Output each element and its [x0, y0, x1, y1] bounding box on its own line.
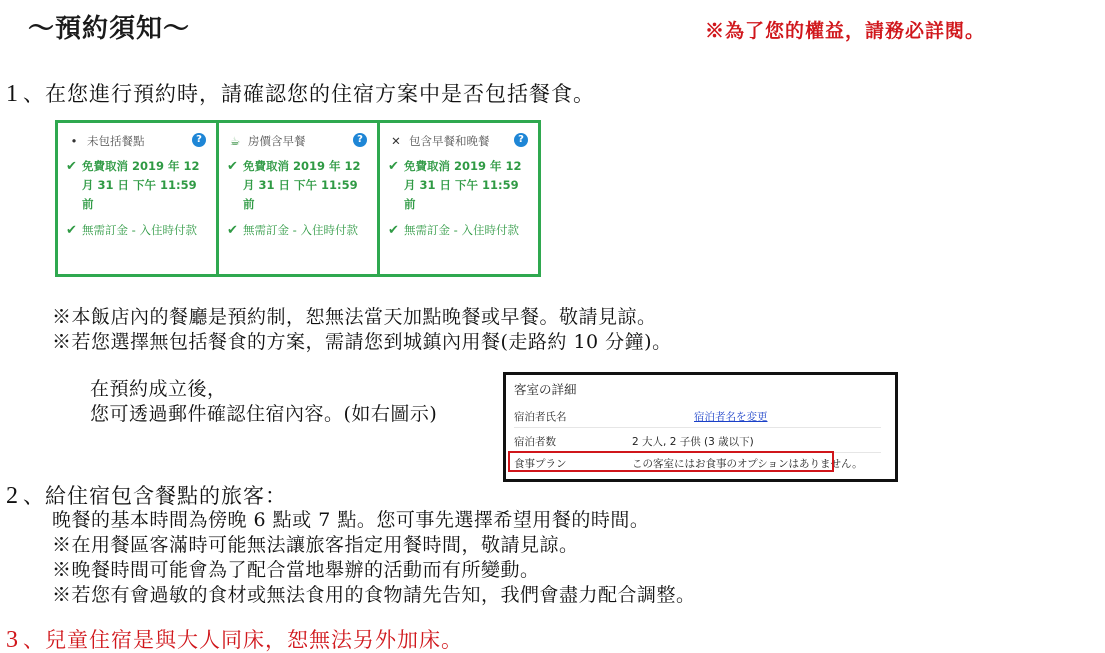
help-icon[interactable]: ? — [192, 133, 206, 147]
no-deposit: ✔ 無需訂金 - 入住時付款 — [388, 221, 530, 240]
detail-line: ※在用餐區客滿時可能無法讓旅客指定用餐時間，敬請見諒。 — [52, 533, 696, 558]
dot-icon: • — [66, 134, 82, 148]
plan-label: 包含早餐和晚餐 — [409, 133, 490, 149]
section-3-heading: 3、兒童住宿是與大人同床，恕無法另外加床。 — [6, 624, 463, 653]
no-deposit: ✔ 無需訂金 - 入住時付款 — [227, 221, 369, 240]
free-cancellation: ✔ 免費取消 2019 年 12 月 31 日 下午 11:59 前 — [227, 157, 369, 214]
check-icon: ✔ — [388, 221, 404, 240]
note-line: 在預約成立後， — [90, 377, 437, 402]
free-cancellation: ✔ 免費取消 2019 年 12 月 31 日 下午 11:59 前 — [66, 157, 208, 214]
detail-line: ※若您有會過敏的食材或無法食用的食物請先告知，我們會盡力配合調整。 — [52, 583, 696, 608]
section-heading-text: 、在您進行預約時，請確認您的住宿方案中是否包括餐食。 — [23, 82, 595, 106]
help-icon[interactable]: ? — [514, 133, 528, 147]
check-icon: ✔ — [66, 221, 82, 240]
guest-name-row: 宿泊者氏名 宿泊者名を変更 — [514, 405, 881, 428]
feature-text: 免費取消 2019 年 12 月 31 日 下午 11:59 前 — [404, 157, 530, 214]
check-icon: ✔ — [66, 157, 82, 214]
plan-breakfast-included: ☕ 房價含早餐 ? ✔ 免費取消 2019 年 12 月 31 日 下午 11:… — [216, 123, 377, 274]
section-2-details: 晚餐的基本時間為傍晚 6 點或 7 點。您可事先選擇希望用餐的時間。 ※在用餐區… — [52, 508, 696, 608]
free-cancellation: ✔ 免費取消 2019 年 12 月 31 日 下午 11:59 前 — [388, 157, 530, 214]
check-icon: ✔ — [227, 157, 243, 214]
plan-breakfast-and-dinner: ✕ 包含早餐和晚餐 ? ✔ 免費取消 2019 年 12 月 31 日 下午 1… — [377, 123, 538, 274]
remark-line: ※若您選擇無包括餐食的方案，需請您到城鎮內用餐(走路約 10 分鐘)。 — [52, 330, 672, 355]
section-number: 3 — [6, 627, 19, 653]
section-heading-text: 、給住宿包含餐點的旅客： — [23, 484, 287, 508]
utensils-icon: ✕ — [388, 134, 404, 148]
help-icon[interactable]: ? — [353, 133, 367, 147]
check-icon: ✔ — [388, 157, 404, 214]
plan-header: ✕ 包含早餐和晚餐 — [388, 132, 530, 150]
check-icon: ✔ — [227, 221, 243, 240]
room-details-title: 客室の詳細 — [514, 380, 577, 398]
section-number: 1 — [6, 81, 19, 107]
plan-header: • 未包括餐點 — [66, 132, 208, 150]
section-1-heading: 1、在您進行預約時，請確認您的住宿方案中是否包括餐食。 — [6, 78, 595, 108]
coffee-cup-icon: ☕ — [227, 134, 243, 148]
no-deposit: ✔ 無需訂金 - 入住時付款 — [66, 221, 208, 240]
feature-text: 免費取消 2019 年 12 月 31 日 下午 11:59 前 — [243, 157, 369, 214]
important-notice: ※為了您的權益，請務必詳閱。 — [705, 16, 985, 43]
meal-plan-highlight — [508, 451, 834, 472]
change-guest-name-link[interactable]: 宿泊者名を変更 — [694, 409, 768, 424]
section-number: 2 — [6, 483, 19, 509]
plan-label: 未包括餐點 — [87, 133, 145, 149]
note-line: 您可透過郵件確認住宿內容。(如右圖示) — [90, 402, 437, 427]
section-heading-text: 、兒童住宿是與大人同床，恕無法另外加床。 — [23, 628, 463, 652]
plan-header: ☕ 房價含早餐 — [227, 132, 369, 150]
page-title: ～預約須知～ — [28, 8, 190, 45]
row-label: 宿泊者数 — [514, 434, 556, 449]
guest-count-row: 宿泊者数 2 大人, 2 子供 (3 歳以下) — [514, 430, 881, 453]
email-confirmation-note: 在預約成立後， 您可透過郵件確認住宿內容。(如右圖示) — [90, 377, 437, 427]
feature-text: 免費取消 2019 年 12 月 31 日 下午 11:59 前 — [82, 157, 208, 214]
email-sample-screenshot: 客室の詳細 宿泊者氏名 宿泊者名を変更 宿泊者数 2 大人, 2 子供 (3 歳… — [503, 372, 898, 482]
detail-line: ※晚餐時間可能會為了配合當地舉辦的活動而有所變動。 — [52, 558, 696, 583]
row-label: 宿泊者氏名 — [514, 409, 567, 424]
meal-plans-comparison: • 未包括餐點 ? ✔ 免費取消 2019 年 12 月 31 日 下午 11:… — [55, 120, 541, 277]
plan-label: 房價含早餐 — [248, 133, 306, 149]
section-2-heading: 2、給住宿包含餐點的旅客： — [6, 480, 287, 510]
remark-line: ※本飯店內的餐廳是預約制，恕無法當天加點晚餐或早餐。敬請見諒。 — [52, 305, 672, 330]
plan-no-meals: • 未包括餐點 ? ✔ 免費取消 2019 年 12 月 31 日 下午 11:… — [58, 123, 216, 274]
feature-text: 無需訂金 - 入住時付款 — [243, 221, 358, 240]
feature-text: 無需訂金 - 入住時付款 — [404, 221, 519, 240]
row-value: 2 大人, 2 子供 (3 歳以下) — [632, 434, 754, 449]
section-1-remarks: ※本飯店內的餐廳是預約制，恕無法當天加點晚餐或早餐。敬請見諒。 ※若您選擇無包括… — [52, 305, 672, 355]
detail-line: 晚餐的基本時間為傍晚 6 點或 7 點。您可事先選擇希望用餐的時間。 — [52, 508, 696, 533]
feature-text: 無需訂金 - 入住時付款 — [82, 221, 197, 240]
